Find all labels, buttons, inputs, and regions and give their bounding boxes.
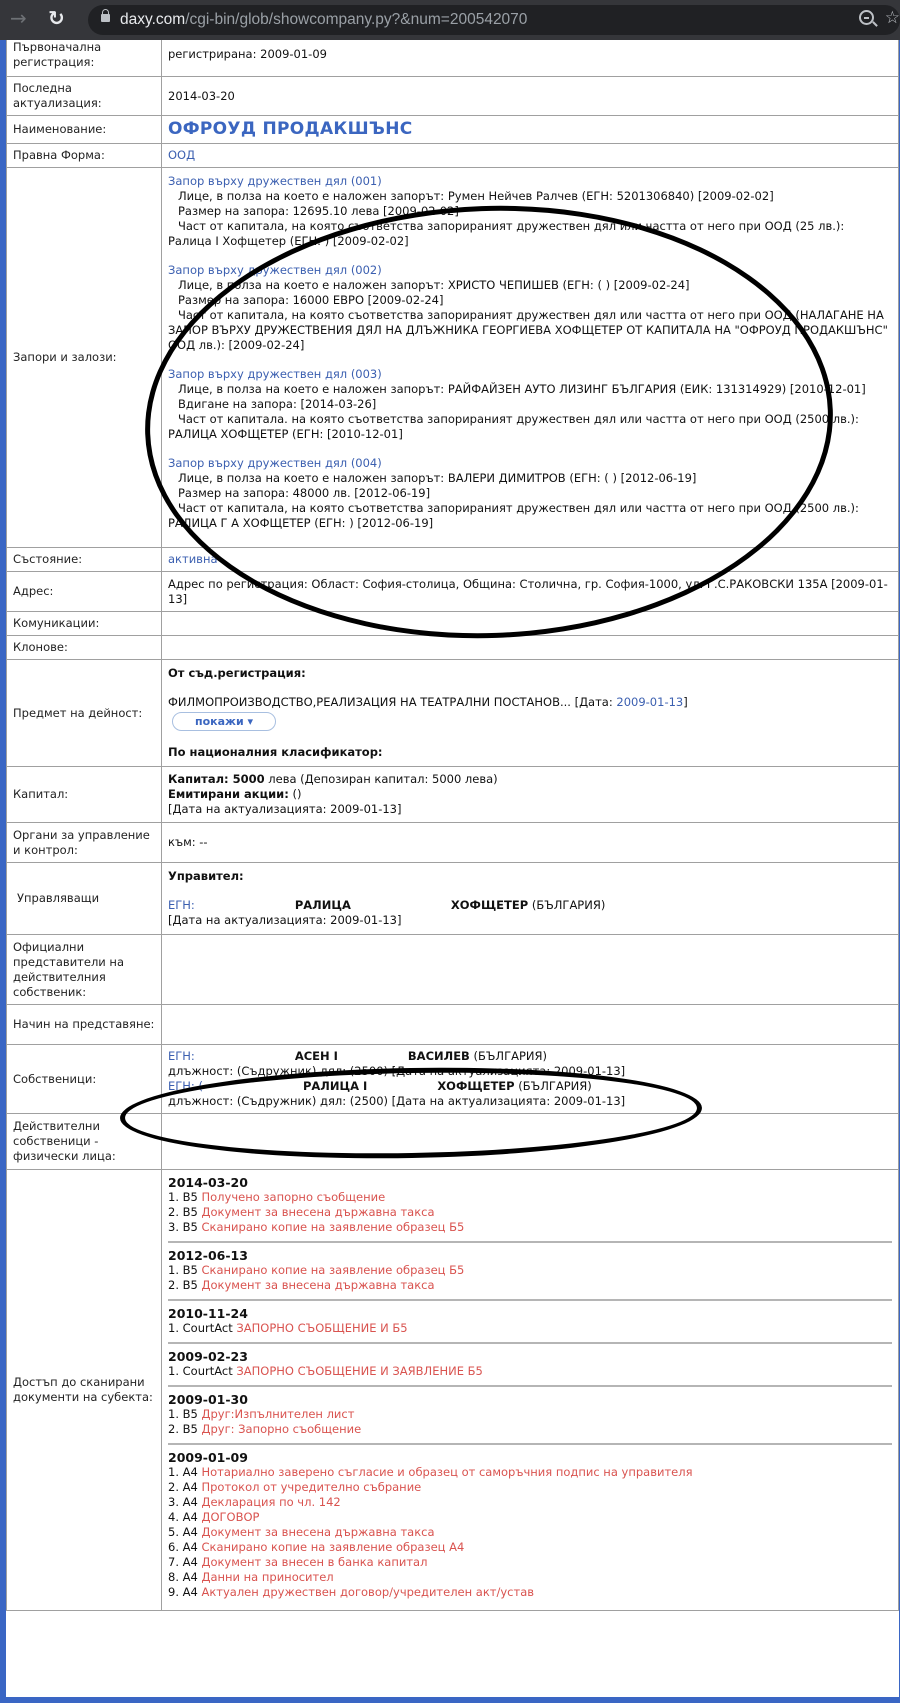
owner-last-name: ВАСИЛЕВ	[408, 1049, 470, 1063]
document-link[interactable]: Сканирано копие на заявление образец А4	[201, 1540, 464, 1554]
row-activity: Предмет на дейност: От съд.регистрация: …	[7, 660, 899, 767]
label: Предмет на дейност:	[7, 660, 162, 767]
shares-line: Емитирани акции: ()	[168, 787, 892, 802]
lien-detail: Лице, в полза на което е наложен запорът…	[168, 382, 892, 397]
owner-name-line: ЕГН:АСЕН IВАСИЛЕВ (БЪЛГАРИЯ)	[168, 1049, 892, 1064]
document-link[interactable]: Документ за внесена държавна такса	[202, 1278, 435, 1292]
label: Официални представители на действителния…	[7, 935, 162, 1005]
document-item: 2. B5 Друг: Запорно съобщение	[168, 1422, 892, 1437]
lien-detail: Част от капитала, на която съответства з…	[168, 219, 892, 234]
lien-detail: Част от капитала, на която съответства з…	[168, 308, 892, 323]
label: Начин на представяне:	[7, 1005, 162, 1045]
label: Органи за управление и контрол:	[7, 823, 162, 863]
document-number: 9. A4	[168, 1585, 201, 1599]
row-documents: Достъп до сканирани документи на субекта…	[7, 1170, 899, 1611]
document-item: 4. A4 ДОГОВОР	[168, 1510, 892, 1525]
court-registration-heading: От съд.регистрация:	[168, 666, 892, 681]
document-link[interactable]: ДОГОВОР	[201, 1510, 259, 1524]
document-group-date: 2009-01-09	[168, 1450, 892, 1465]
row-status: Състояние: активна	[7, 548, 899, 572]
document-group: 2009-01-091. A4 Нотариално заверено съгл…	[168, 1445, 892, 1606]
company-page: Първоначална регистрация: регистрирана: …	[6, 40, 899, 1697]
document-number: 8. A4	[168, 1570, 201, 1584]
document-item: 8. A4 Данни на приносител	[168, 1570, 892, 1585]
label: Последна актуализация:	[7, 77, 162, 116]
document-number: 1. B5	[168, 1407, 202, 1421]
value: регистрирана: 2009-01-09	[162, 40, 899, 77]
value	[162, 612, 899, 636]
document-item: 1. A4 Нотариално заверено съгласие и обр…	[168, 1465, 892, 1480]
lien-detail: Вдигане на запора: [2014-03-26]	[168, 397, 892, 412]
document-item: 5. A4 Документ за внесена държавна такса	[168, 1525, 892, 1540]
document-number: 3. A4	[168, 1495, 201, 1509]
value	[162, 935, 899, 1005]
document-number: 1. B5	[168, 1263, 202, 1277]
value	[162, 1114, 899, 1170]
capital-line: Капитал: 5000 лева (Депозиран капитал: 5…	[168, 772, 892, 787]
label: Правна Форма:	[7, 144, 162, 168]
document-group: 2012-06-131. B5 Сканирано копие на заявл…	[168, 1243, 892, 1301]
label: Действителни собственици - физически лиц…	[7, 1114, 162, 1170]
document-link[interactable]: Сканирано копие на заявление образец Б5	[202, 1220, 465, 1234]
row-initial-registration: Първоначална регистрация: регистрирана: …	[7, 40, 899, 77]
zoom-icon[interactable]	[859, 10, 874, 25]
reload-icon[interactable]: ↻	[48, 8, 65, 28]
activity-text: ФИЛМОПРОИЗВОДСТВО,РЕАЛИЗАЦИЯ НА ТЕАТРАЛН…	[168, 695, 892, 710]
manager-entry: ЕГН:РАЛИЦАХОФЩЕТЕР (БЪЛГАРИЯ)	[168, 898, 892, 913]
row-owners: Собственици: ЕГН:АСЕН IВАСИЛЕВ (БЪЛГАРИЯ…	[7, 1045, 899, 1114]
document-number: 6. A4	[168, 1540, 201, 1554]
row-communications: Комуникации:	[7, 612, 899, 636]
document-link[interactable]: Документ за внесена държавна такса	[202, 1205, 435, 1219]
capital-date: [Дата на актуализацията: 2009-01-13]	[168, 802, 892, 817]
document-link[interactable]: Нотариално заверено съгласие и образец о…	[201, 1465, 692, 1479]
document-link[interactable]: ЗАПОРНО СЪОБЩЕНИЕ И Б5	[236, 1321, 407, 1335]
document-link[interactable]: Декларация по чл. 142	[201, 1495, 340, 1509]
label: Адрес:	[7, 572, 162, 612]
lien-title-link[interactable]: Запор върху дружествен дял (001)	[168, 174, 892, 189]
lien-item: Запор върху дружествен дял (004)Лице, в …	[168, 456, 892, 531]
document-link[interactable]: Сканирано копие на заявление образец Б5	[202, 1263, 465, 1277]
owner-country: (БЪЛГАРИЯ)	[470, 1049, 547, 1063]
egn-link[interactable]: ЕГН: (	[168, 1079, 203, 1093]
liens-list: Запор върху дружествен дял (001)Лице, в …	[162, 168, 899, 548]
label: Наименование:	[7, 116, 162, 144]
document-number: 5. A4	[168, 1525, 201, 1539]
egn-link[interactable]: ЕГН:	[168, 1049, 195, 1063]
lien-detail: Размер на запора: 16000 ЕВРО [2009-02-24…	[168, 293, 892, 308]
lien-title-link[interactable]: Запор върху дружествен дял (003)	[168, 367, 892, 382]
egn-link[interactable]: ЕГН:	[168, 898, 195, 912]
company-info-table: Първоначална регистрация: регистрирана: …	[6, 40, 899, 1611]
label: Първоначална регистрация:	[7, 40, 162, 77]
label: Клонове:	[7, 636, 162, 660]
row-beneficial-owners: Действителни собственици - физически лиц…	[7, 1114, 899, 1170]
lien-item: Запор върху дружествен дял (002)Лице, в …	[168, 263, 892, 353]
document-link[interactable]: ЗАПОРНО СЪОБЩЕНИЕ И ЗАЯВЛЕНИЕ Б5	[236, 1364, 482, 1378]
row-address: Адрес: Адрес по регистрация: Област: Соф…	[7, 572, 899, 612]
lien-detail: ЗАПОР ВЪРХУ ДРУЖЕСТВЕНИЯ ДЯЛ НА ДЛЪЖНИКА…	[168, 323, 892, 353]
document-group-date: 2014-03-20	[168, 1175, 892, 1190]
document-group-date: 2012-06-13	[168, 1248, 892, 1263]
row-last-update: Последна актуализация: 2014-03-20	[7, 77, 899, 116]
documents-list: 2014-03-201. B5 Получено запорно съобщен…	[162, 1170, 899, 1611]
document-number: 1. A4	[168, 1465, 201, 1479]
value	[162, 1005, 899, 1045]
value: към: --	[162, 823, 899, 863]
owner-name-line: ЕГН: (РАЛИЦА IХОФЩЕТЕР (БЪЛГАРИЯ)	[168, 1079, 892, 1094]
label: Достъп до сканирани документи на субекта…	[7, 1170, 162, 1611]
document-item: 9. A4 Актуален дружествен договор/учреди…	[168, 1585, 892, 1600]
document-item: 2. A4 Протокол от учредително събрание	[168, 1480, 892, 1495]
url-text[interactable]: daxy.com/cgi-bin/glob/showcompany.py?&nu…	[120, 11, 527, 29]
activity-date-link[interactable]: 2009-01-13	[616, 695, 683, 709]
row-liens: Запори и залози: Запор върху дружествен …	[7, 168, 899, 548]
document-link[interactable]: Актуален дружествен договор/учредителен …	[201, 1585, 534, 1599]
document-group-date: 2009-01-30	[168, 1392, 892, 1407]
row-bodies: Органи за управление и контрол: към: --	[7, 823, 899, 863]
owner-details: длъжност: (Съдружник) дял: (2500) [Дата …	[168, 1064, 892, 1079]
forward-arrow-icon[interactable]: →	[10, 8, 27, 28]
owner-first-name: АСЕН I	[295, 1049, 338, 1063]
company-name: ОФРОУД ПРОДАКШЪНС	[168, 119, 413, 139]
lien-detail: Лице, в полза на което е наложен запорът…	[168, 278, 892, 293]
star-icon[interactable]: ☆	[885, 8, 900, 28]
lien-title-link[interactable]: Запор върху дружествен дял (002)	[168, 263, 892, 278]
row-branches: Клонове:	[7, 636, 899, 660]
lock-icon[interactable]	[101, 14, 110, 22]
document-number: 2. B5	[168, 1422, 202, 1436]
document-group: 2009-02-231. CourtAct ЗАПОРНО СЪОБЩЕНИЕ …	[168, 1344, 892, 1387]
lien-detail: Част от капитала, на която съответства з…	[168, 501, 892, 516]
owner-details: длъжност: (Съдружник) дял: (2500) [Дата …	[168, 1094, 892, 1109]
document-item: 2. B5 Документ за внесена държавна такса	[168, 1205, 892, 1220]
lien-title-link[interactable]: Запор върху дружествен дял (004)	[168, 456, 892, 471]
lien-detail: Лице, в полза на което е наложен запорът…	[168, 471, 892, 486]
label: Запори и залози:	[7, 168, 162, 548]
document-number: 1. CourtAct	[168, 1364, 236, 1378]
document-item: 1. B5 Друг:Изпълнителен лист	[168, 1407, 892, 1422]
owner-last-name: ХОФЩЕТЕР	[437, 1079, 514, 1093]
value	[162, 636, 899, 660]
document-number: 7. A4	[168, 1555, 201, 1569]
lien-detail: РАЛИЦА Г А ХОФЩЕТЕР (ЕГН: ) [2012-06-19]	[168, 516, 892, 531]
lien-detail: Размер на запора: 48000 лв. [2012-06-19]	[168, 486, 892, 501]
lien-detail: Лице, в полза на което е наложен запорът…	[168, 189, 892, 204]
document-link[interactable]: Данни на приносител	[201, 1570, 333, 1584]
document-link[interactable]: Протокол от учредително събрание	[201, 1480, 421, 1494]
row-managers: Управляващи Управител: ЕГН:РАЛИЦАХОФЩЕТЕ…	[7, 863, 899, 935]
address-value: Адрес по регистрация: Област: София-стол…	[162, 572, 899, 612]
manager-heading: Управител:	[168, 869, 892, 884]
lien-detail: Ралица I Хофщетер (ЕГН: ) [2009-02-02]	[168, 234, 892, 249]
lien-detail: Част от капитала. на която съответства з…	[168, 412, 892, 427]
document-link[interactable]: Друг: Запорно съобщение	[202, 1422, 362, 1436]
document-number: 2. A4	[168, 1480, 201, 1494]
label: Комуникации:	[7, 612, 162, 636]
document-item: 6. A4 Сканирано копие на заявление образ…	[168, 1540, 892, 1555]
document-group-date: 2009-02-23	[168, 1349, 892, 1364]
document-item: 2. B5 Документ за внесена държавна такса	[168, 1278, 892, 1293]
document-link[interactable]: Получено запорно съобщение	[202, 1190, 386, 1204]
document-number: 4. A4	[168, 1510, 201, 1524]
document-link[interactable]: Документ за внесен в банка капитал	[201, 1555, 427, 1569]
document-item: 1. CourtAct ЗАПОРНО СЪОБЩЕНИЕ И Б5	[168, 1321, 892, 1336]
document-group: 2010-11-241. CourtAct ЗАПОРНО СЪОБЩЕНИЕ …	[168, 1301, 892, 1344]
document-link[interactable]: Друг:Изпълнителен лист	[202, 1407, 355, 1421]
document-number: 1. CourtAct	[168, 1321, 236, 1335]
row-legal-form: Правна Форма: ООД	[7, 144, 899, 168]
document-number: 3. B5	[168, 1220, 202, 1234]
manager-date: [Дата на актуализацията: 2009-01-13]	[168, 913, 892, 928]
document-item: 1. B5 Сканирано копие на заявление образ…	[168, 1263, 892, 1278]
lien-detail: РАЛИЦА ХОФЩЕТЕР (ЕГН: [2010-12-01]	[168, 427, 892, 442]
row-representation: Начин на представяне:	[7, 1005, 899, 1045]
owner-first-name: РАЛИЦА I	[303, 1079, 367, 1093]
document-item: 3. A4 Декларация по чл. 142	[168, 1495, 892, 1510]
address-bar[interactable]: daxy.com/cgi-bin/glob/showcompany.py?&nu…	[88, 5, 900, 35]
lien-item: Запор върху дружествен дял (003)Лице, в …	[168, 367, 892, 442]
document-item: 3. B5 Сканирано копие на заявление образ…	[168, 1220, 892, 1235]
document-item: 1. CourtAct ЗАПОРНО СЪОБЩЕНИЕ И ЗАЯВЛЕНИ…	[168, 1364, 892, 1379]
document-group: 2014-03-201. B5 Получено запорно съобщен…	[168, 1170, 892, 1243]
label: Състояние:	[7, 548, 162, 572]
owner-entry: ЕГН: (РАЛИЦА IХОФЩЕТЕР (БЪЛГАРИЯ)длъжнос…	[168, 1079, 892, 1109]
document-group: 2009-01-301. B5 Друг:Изпълнителен лист2.…	[168, 1387, 892, 1445]
lien-detail: Размер на запора: 12695.10 лева [2009-02…	[168, 204, 892, 219]
value: 2014-03-20	[162, 77, 899, 116]
document-group-date: 2010-11-24	[168, 1306, 892, 1321]
row-official-reps: Официални представители на действителния…	[7, 935, 899, 1005]
row-name: Наименование: ОФРОУД ПРОДАКШЪНС	[7, 116, 899, 144]
row-capital: Капитал: Капитал: 5000 лева (Депозиран к…	[7, 767, 899, 823]
label: Управляващи	[7, 863, 162, 935]
document-item: 7. A4 Документ за внесен в банка капитал	[168, 1555, 892, 1570]
owner-country: (БЪЛГАРИЯ)	[515, 1079, 592, 1093]
lien-item: Запор върху дружествен дял (001)Лице, в …	[168, 174, 892, 249]
owners-list: ЕГН:АСЕН IВАСИЛЕВ (БЪЛГАРИЯ)длъжност: (С…	[162, 1045, 899, 1114]
document-item: 1. B5 Получено запорно съобщение	[168, 1190, 892, 1205]
label: Собственици:	[7, 1045, 162, 1114]
browser-toolbar: → ↻ daxy.com/cgi-bin/glob/showcompany.py…	[0, 0, 900, 40]
legal-form-link[interactable]: ООД	[168, 148, 195, 162]
national-classifier-heading: По националния класификатор:	[168, 745, 892, 760]
document-number: 2. B5	[168, 1205, 202, 1219]
label: Капитал:	[7, 767, 162, 823]
owner-entry: ЕГН:АСЕН IВАСИЛЕВ (БЪЛГАРИЯ)длъжност: (С…	[168, 1049, 892, 1079]
show-more-button[interactable]: покажи ▾	[172, 712, 276, 731]
document-number: 1. B5	[168, 1190, 202, 1204]
document-number: 2. B5	[168, 1278, 202, 1292]
status-link[interactable]: активна	[168, 552, 218, 566]
document-link[interactable]: Документ за внесена държавна такса	[201, 1525, 434, 1539]
